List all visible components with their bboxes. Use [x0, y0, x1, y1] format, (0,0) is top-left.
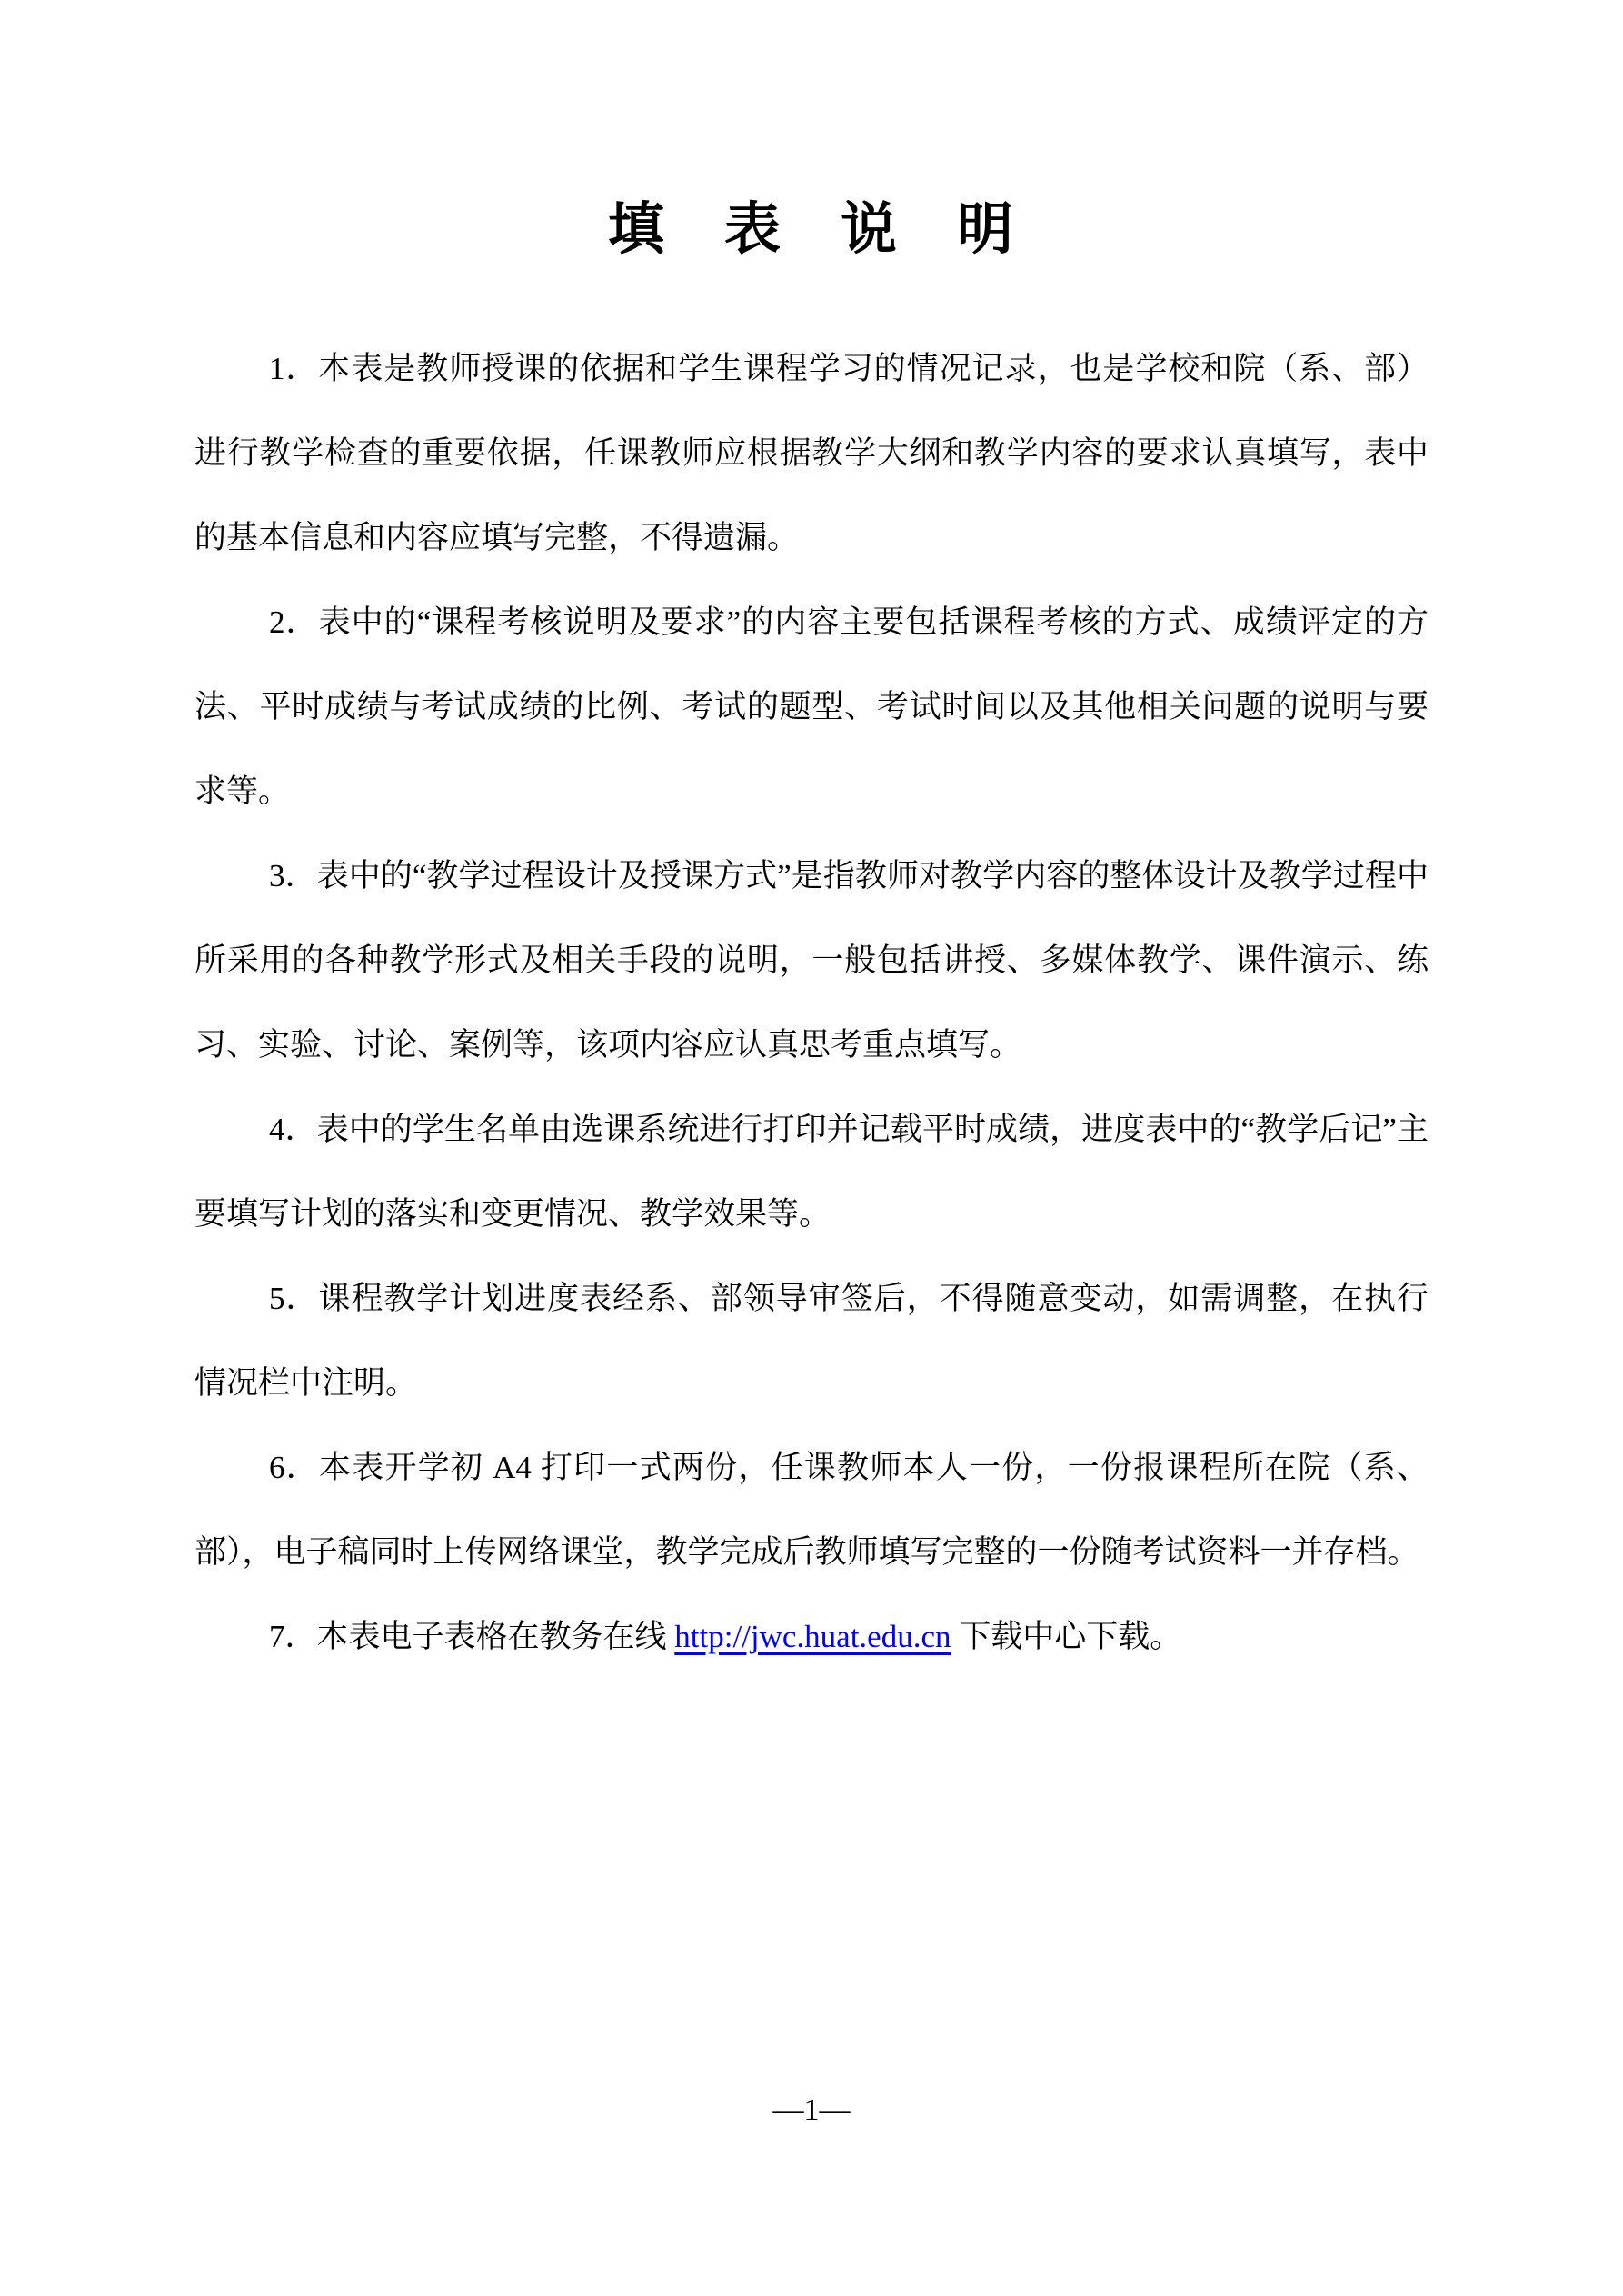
paragraph-7-text-after-link: 下载中心下载。 — [951, 1619, 1182, 1654]
instruction-paragraph-6: 6．本表开学初 A4 打印一式两份，任课教师本人一份，一份报课程所在院（系、部）… — [194, 1425, 1429, 1594]
document-page: 填 表 说 明 1．本表是教师授课的依据和学生课程学习的情况记录，也是学校和院（… — [0, 0, 1623, 2296]
jwc-download-link[interactable]: http://jwc.huat.edu.cn — [674, 1619, 951, 1654]
page-number: —1— — [0, 2091, 1623, 2131]
page-title: 填 表 说 明 — [194, 196, 1429, 265]
document-content: 填 表 说 明 1．本表是教师授课的依据和学生课程学习的情况记录，也是学校和院（… — [194, 0, 1429, 1679]
instruction-paragraph-7: 7．本表电子表格在教务在线 http://jwc.huat.edu.cn 下载中… — [194, 1594, 1429, 1679]
instructions-body: 1．本表是教师授课的依据和学生课程学习的情况记录，也是学校和院（系、部）进行教学… — [194, 326, 1429, 1679]
instruction-paragraph-2: 2．表中的“课程考核说明及要求”的内容主要包括课程考核的方式、成绩评定的方法、平… — [194, 580, 1429, 834]
instruction-paragraph-1: 1．本表是教师授课的依据和学生课程学习的情况记录，也是学校和院（系、部）进行教学… — [194, 326, 1429, 580]
paragraph-7-text-before-link: 7．本表电子表格在教务在线 — [269, 1619, 674, 1654]
instruction-paragraph-5: 5．课程教学计划进度表经系、部领导审签后，不得随意变动，如需调整，在执行情况栏中… — [194, 1256, 1429, 1425]
instruction-paragraph-4: 4．表中的学生名单由选课系统进行打印并记载平时成绩，进度表中的“教学后记”主要填… — [194, 1087, 1429, 1256]
instruction-paragraph-3: 3．表中的“教学过程设计及授课方式”是指教师对教学内容的整体设计及教学过程中所采… — [194, 834, 1429, 1087]
